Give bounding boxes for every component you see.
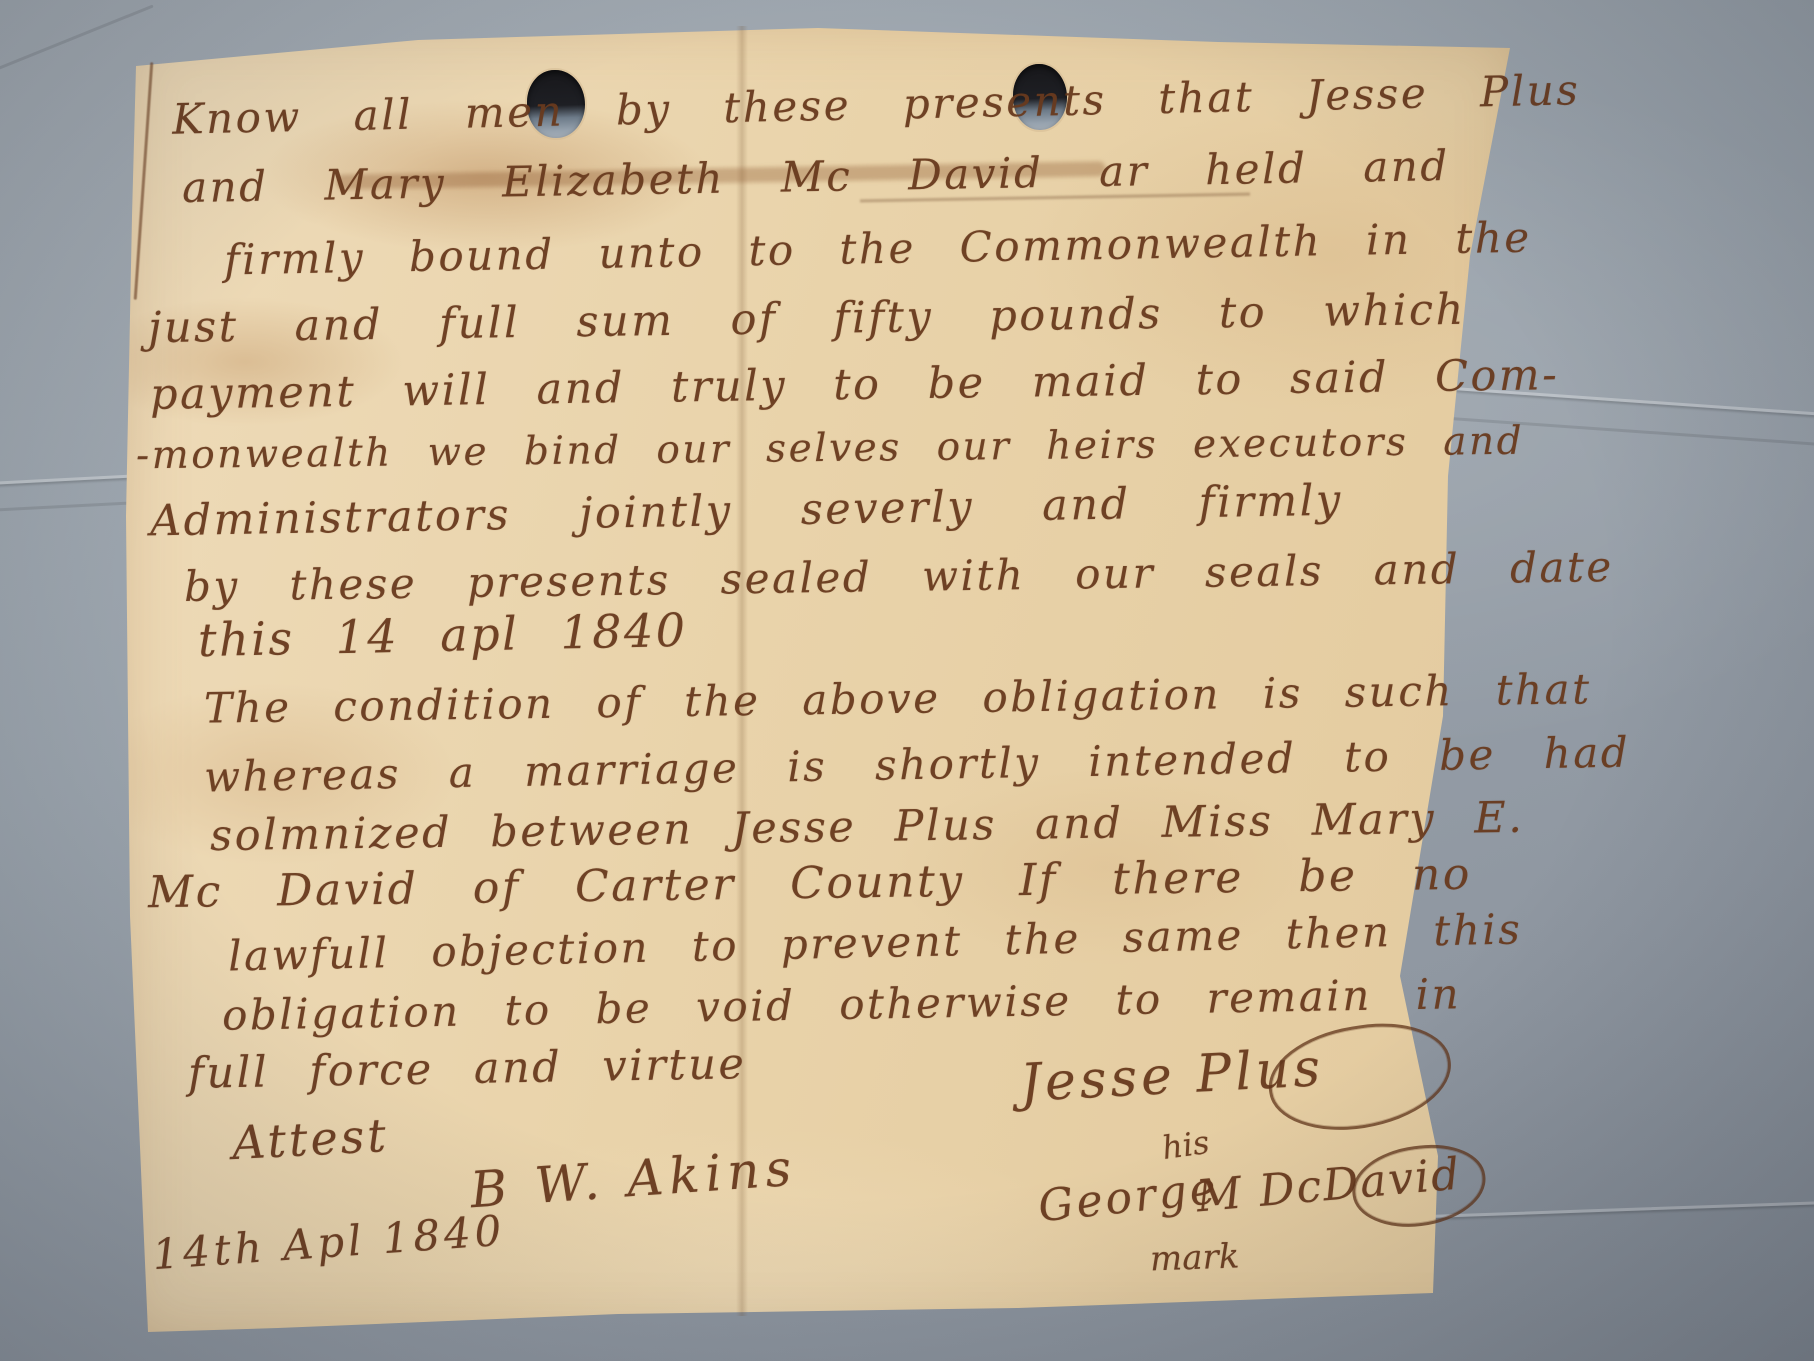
backdrop-seam [0, 5, 154, 79]
backdrop-seam [1430, 1201, 1814, 1218]
mark-label: mark [1149, 1236, 1240, 1279]
fold-crease [736, 26, 748, 1316]
his-mark-label: his [1160, 1123, 1212, 1167]
backdrop-seam [0, 501, 135, 512]
handwritten-date-line: this 14 apl 1840 [197, 603, 688, 667]
attest-label: Attest [231, 1108, 390, 1170]
handwritten-line: full force and virtue [188, 1039, 747, 1099]
backdrop-seam [0, 474, 140, 485]
photo-of-marriage-bond: Know all men by these presents that Jess… [0, 0, 1814, 1361]
